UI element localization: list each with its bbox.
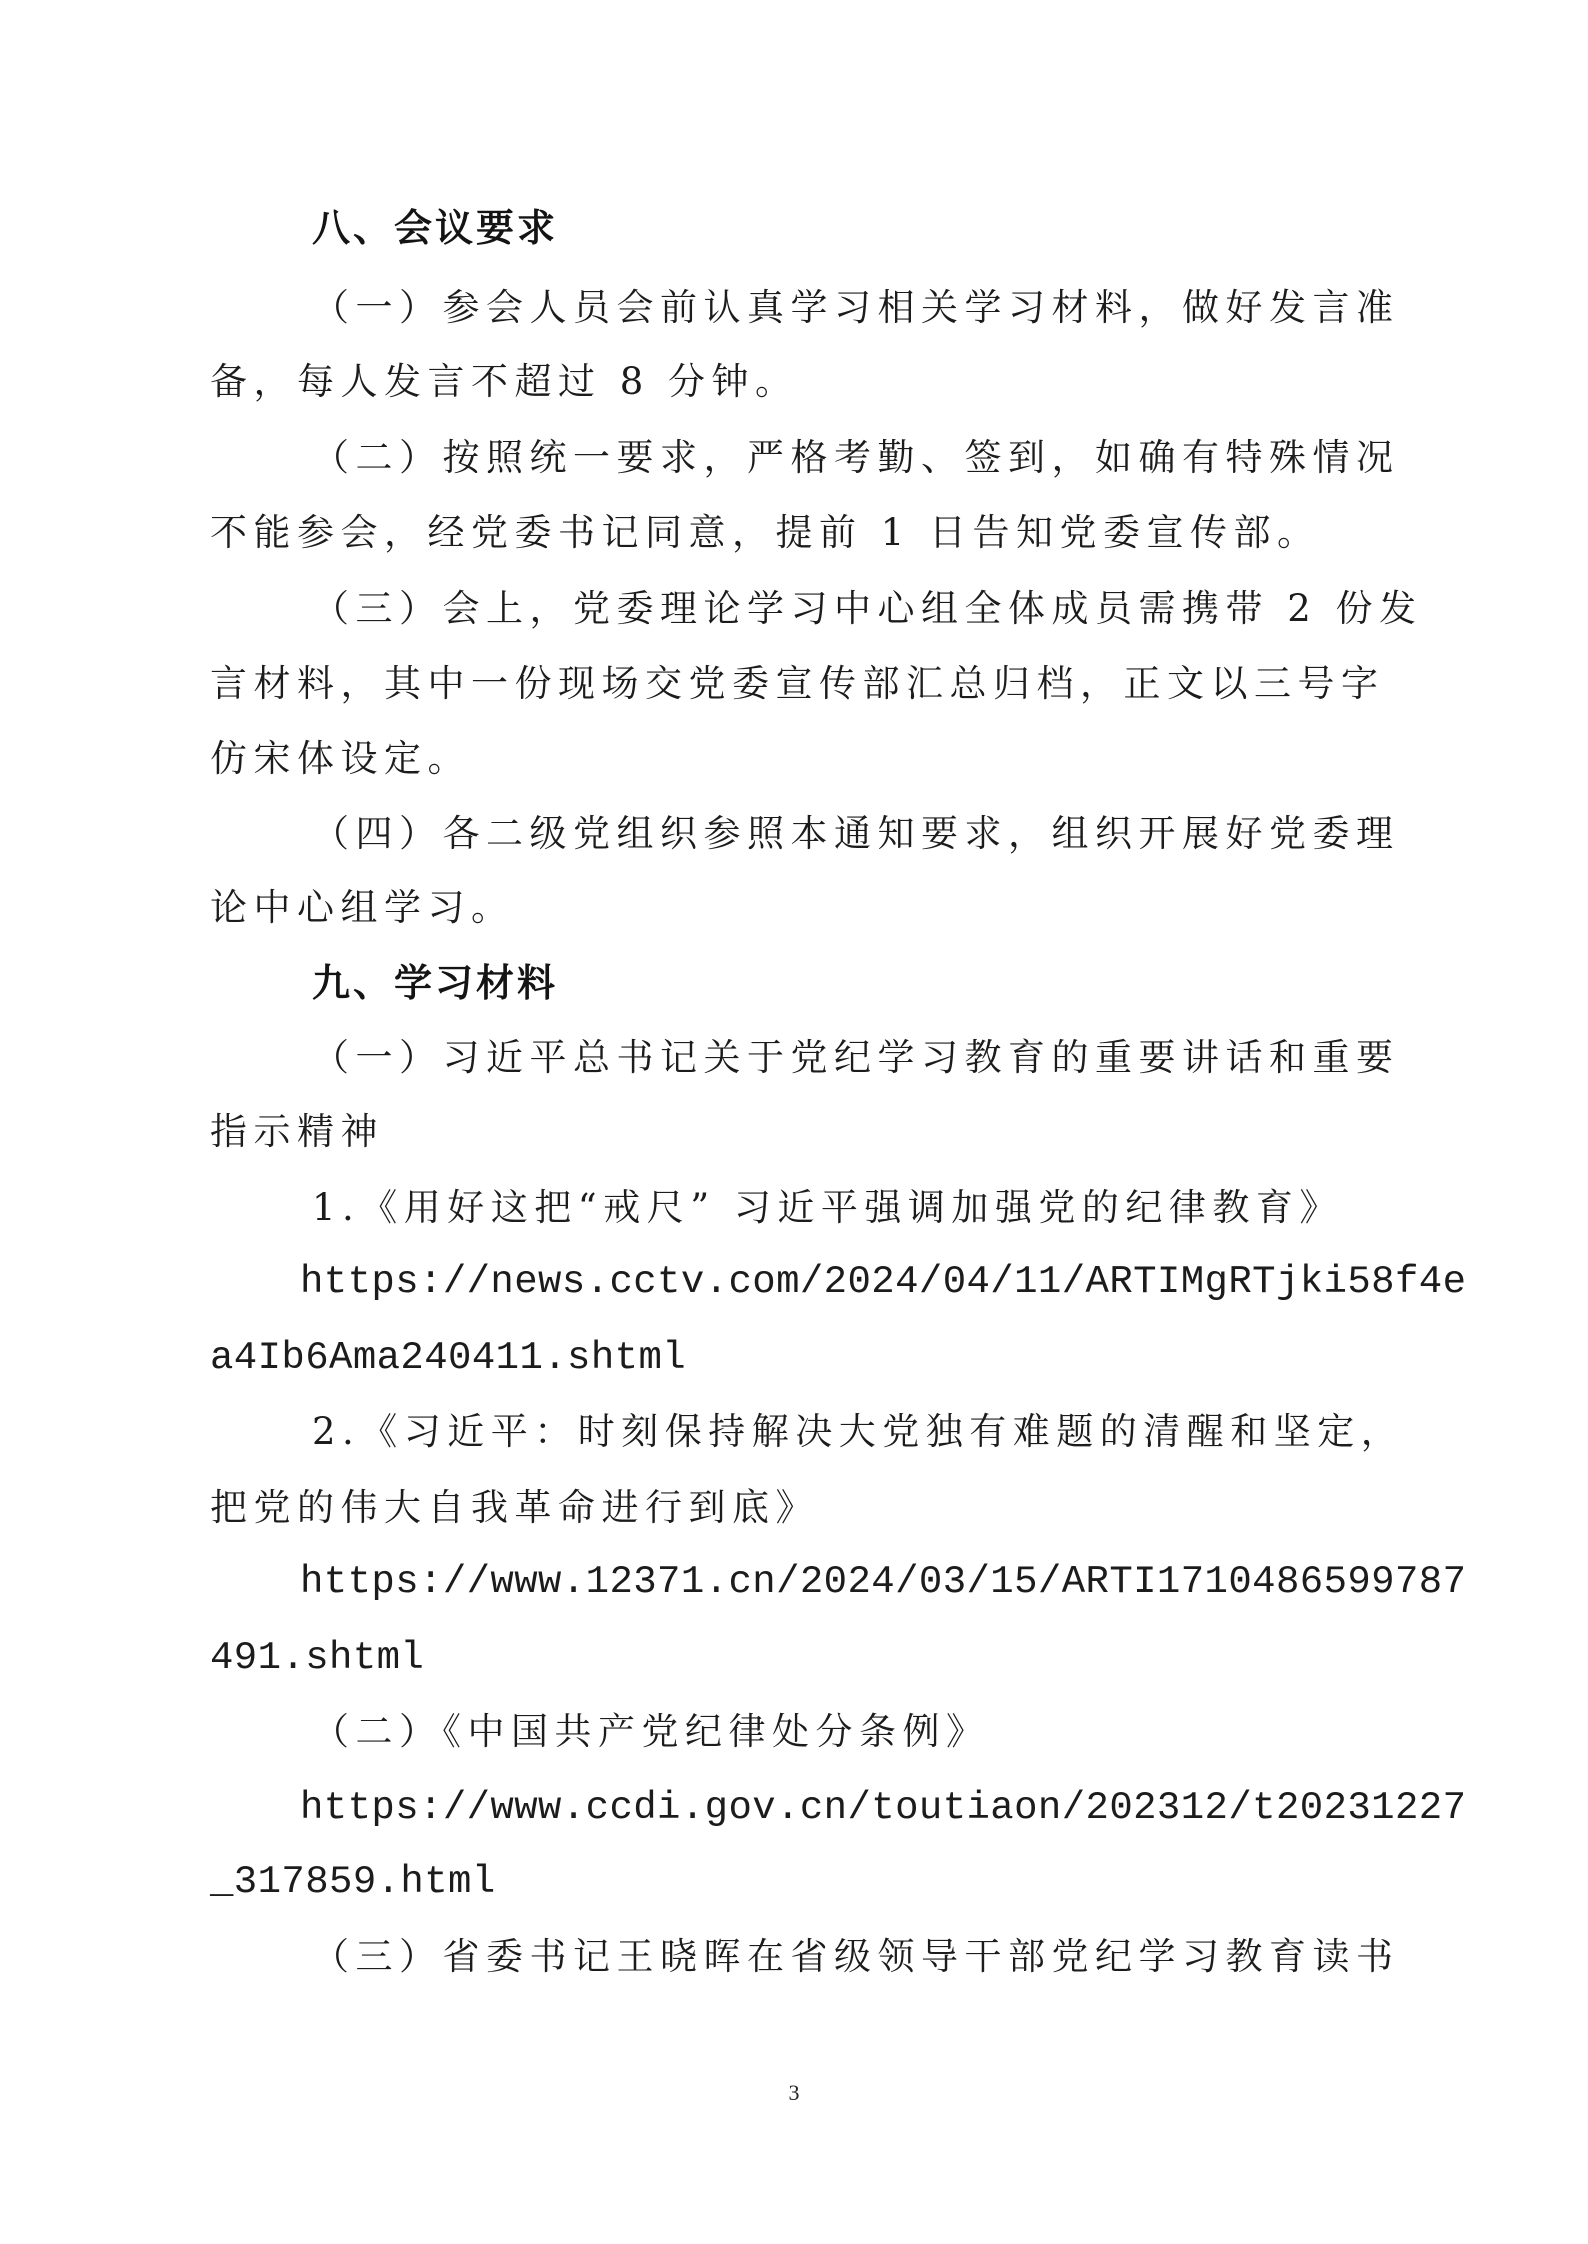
section-heading-meeting-requirements: 八、会议要求 — [312, 204, 558, 252]
paragraph-line: 仿宋体设定。 — [210, 735, 471, 783]
material-url[interactable]: https://www.12371.cn/2024/03/15/ARTI1710… — [300, 1558, 1466, 1606]
paragraph-line: 言材料，其中一份现场交党委宣传部汇总归档，正文以三号字 — [210, 660, 1385, 708]
material-title: 2.《习近平：时刻保持解决大党独有难题的清醒和坚定， — [312, 1408, 1404, 1456]
paragraph-line: 不能参会，经党委书记同意，提前 1 日告知党委宣传部。 — [210, 509, 1321, 557]
document-page: 八、会议要求 （一）参会人员会前认真学习相关学习材料，做好发言准 备，每人发言不… — [0, 0, 1588, 2244]
paragraph-line: （三）省委书记王晓晖在省级领导干部党纪学习教育读书 — [312, 1933, 1400, 1981]
paragraph-line: （四）各二级党组织参照本通知要求，组织开展好党委理 — [312, 810, 1400, 858]
material-url[interactable]: a4Ib6Ama240411.shtml — [210, 1334, 686, 1382]
material-url[interactable]: https://news.cctv.com/2024/04/11/ARTIMgR… — [300, 1258, 1466, 1306]
paragraph-line: （一）参会人员会前认真学习相关学习材料，做好发言准 — [312, 284, 1400, 332]
paragraph-line: 论中心组学习。 — [210, 884, 515, 932]
material-url[interactable]: _317859.html — [210, 1858, 496, 1906]
material-title: 1.《用好这把“戒尺” 习近平强调加强党的纪律教育》 — [312, 1184, 1343, 1232]
material-title: 把党的伟大自我革命进行到底》 — [210, 1484, 819, 1532]
paragraph-line: （二）《中国共产党纪律处分条例》 — [312, 1708, 990, 1756]
page-number: 3 — [0, 2080, 1588, 2106]
paragraph-line: （二）按照统一要求，严格考勤、签到，如确有特殊情况 — [312, 434, 1400, 482]
section-heading-study-materials: 九、学习材料 — [312, 959, 558, 1007]
paragraph-line: （一）习近平总书记关于党纪学习教育的重要讲话和重要 — [312, 1034, 1400, 1082]
paragraph-line: 指示精神 — [210, 1108, 384, 1156]
material-url[interactable]: 491.shtml — [210, 1634, 424, 1682]
paragraph-line: （三）会上，党委理论学习中心组全体成员需携带 2 份发 — [312, 585, 1423, 633]
paragraph-line: 备，每人发言不超过 8 分钟。 — [210, 358, 799, 406]
material-url[interactable]: https://www.ccdi.gov.cn/toutiaon/202312/… — [300, 1784, 1466, 1832]
